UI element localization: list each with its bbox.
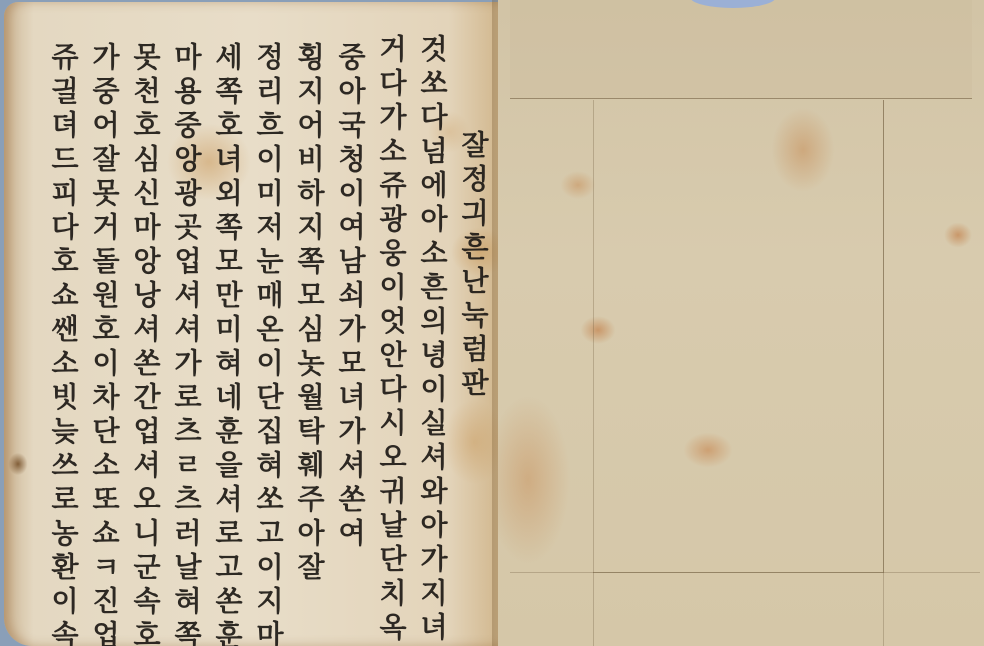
fold-line <box>883 100 884 646</box>
handwritten-text-block: 잘정긔흔난눅럼판 것쏘다넘에아소흔의녕이실셔와아가지녀 거다가소쥬광웅이엇안다시… <box>24 42 494 642</box>
text-column-6: 세쪽호녀외쪽모만미혀네훈을셔로고쏜훈 <box>207 42 248 642</box>
left-page: 잘정긔흔난눅럼판 것쏘다넘에아소흔의녕이실셔와아가지녀 거다가소쥬광웅이엇안다시… <box>4 2 498 646</box>
fold-line <box>510 572 980 573</box>
ruled-frame <box>593 100 884 573</box>
text-column-4: 횡지어비하지쪽모심놋월탁훼주아잘 <box>289 42 330 642</box>
manuscript-spread: 잘정긔흔난눅럼판 것쏘다넘에아소흔의녕이실셔와아가지녀 거다가소쥬광웅이엇안다시… <box>0 0 984 646</box>
text-column-10: 쥬긜뎌드피다호쇼쌘소빗늦쓰로농환이속나 <box>43 42 84 642</box>
text-column-5: 정리흐이미저눈매온이단집혀쏘고이지마칠 <box>248 42 289 642</box>
fold-line <box>593 100 594 646</box>
text-column-2: 거다가소쥬광웅이엇안다시오귀날단치옥 <box>371 34 412 642</box>
text-column-9: 가중어잘못거돌원호이차단소또쇼ㅋ진업식 <box>84 42 125 642</box>
text-column-title: 잘정긔흔난눅럼판 <box>453 130 494 642</box>
text-column-1: 것쏘다넘에아소흔의녕이실셔와아가지녀 <box>412 34 453 642</box>
text-column-3: 중아국청이여남쇠가모녀가셔쏜여 <box>330 42 371 642</box>
text-column-8: 못천호심신마앙낭셔쏜간업셔오니군속호더 <box>125 42 166 642</box>
text-column-7: 마용중앙광곳업셔셔가로츠ㄹ츠러날혀쪽 <box>166 42 207 642</box>
top-fold-panel <box>510 0 972 99</box>
right-page <box>498 0 984 646</box>
